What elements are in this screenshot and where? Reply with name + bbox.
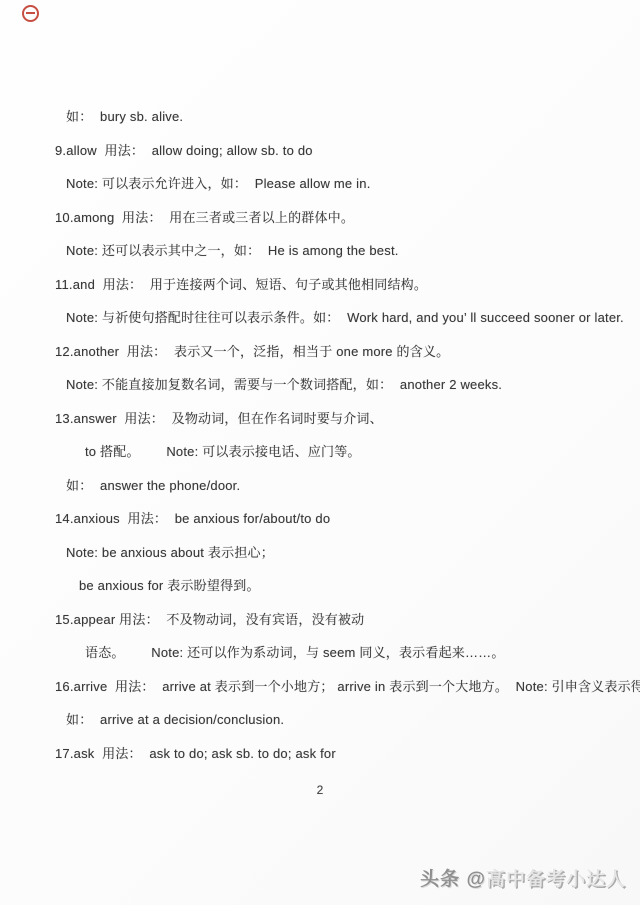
- page-number: 2: [0, 783, 640, 797]
- doc-line: 12.another 用法： 表示又一个，泛指，相当于 one more 的含义…: [0, 335, 640, 369]
- doc-line: 15.appear 用法： 不及物动词，没有宾语，没有被动: [0, 603, 640, 637]
- doc-line: Note: 不能直接加复数名词，需要与一个数词搭配，如： another 2 w…: [0, 368, 640, 402]
- doc-line: 如： arrive at a decision/conclusion.: [0, 703, 640, 737]
- doc-line: 14.anxious 用法： be anxious for/about/to d…: [0, 502, 640, 536]
- doc-line: Note: be anxious about 表示担心；: [0, 536, 640, 570]
- doc-line: 语态。 Note: 还可以作为系动词，与 seem 同义，表示看起来……。: [0, 636, 640, 670]
- watermark: 头条 @高中备考小达人: [420, 864, 626, 891]
- doc-line: 17.ask 用法： ask to do; ask sb. to do; ask…: [0, 737, 640, 771]
- doc-line: 16.arrive 用法： arrive at 表示到一个小地方； arrive…: [0, 670, 640, 704]
- doc-line: Note: 还可以表示其中之一，如： He is among the best.: [0, 234, 640, 268]
- doc-line: Note: 可以表示允许进入，如： Please allow me in.: [0, 167, 640, 201]
- document-page: 如： bury sb. alive.9.allow 用法： allow doin…: [0, 0, 640, 905]
- red-stamp-dash: [26, 12, 35, 14]
- doc-line: 9.allow 用法： allow doing; allow sb. to do: [0, 134, 640, 168]
- watermark-source-label: 头条 @: [420, 869, 486, 890]
- document-body: 如： bury sb. alive.9.allow 用法： allow doin…: [0, 100, 640, 770]
- doc-line: Note: 与祈使句搭配时往往可以表示条件。如： Work hard, and …: [0, 301, 640, 335]
- doc-line: 13.answer 用法： 及物动词，但在作名词时要与介词、: [0, 402, 640, 436]
- doc-line: to 搭配。 Note: 可以表示接电话、应门等。: [0, 435, 640, 469]
- doc-line: 11.and 用法： 用于连接两个词、短语、句子或其他相同结构。: [0, 268, 640, 302]
- red-stamp-icon: [22, 5, 39, 22]
- doc-line: 10.among 用法： 用在三者或三者以上的群体中。: [0, 201, 640, 235]
- watermark-author-name: 高中备考小达人: [486, 869, 626, 890]
- doc-line: be anxious for 表示盼望得到。: [0, 569, 640, 603]
- doc-line: 如： bury sb. alive.: [0, 100, 640, 134]
- doc-line: 如： answer the phone/door.: [0, 469, 640, 503]
